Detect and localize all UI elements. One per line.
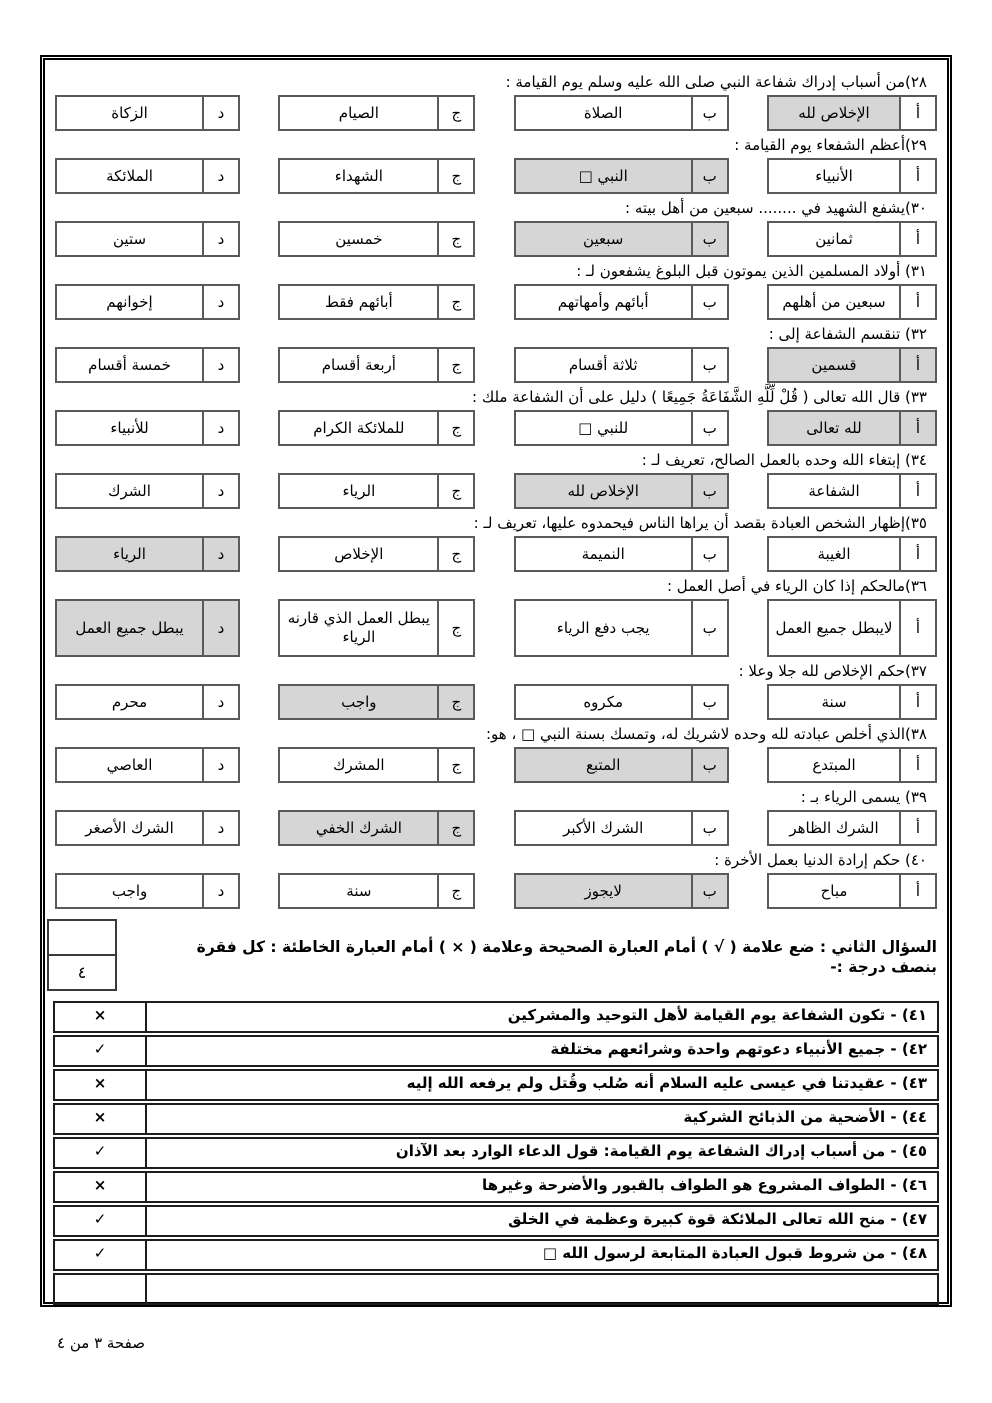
question-٣٩-text: ٣٩) يسمى الرياء بـ : [53,787,939,808]
option-text: للأنبياء [57,412,202,444]
mcq-section: ٢٨)من أسباب إدراك شفاعة النبي صلى الله ع… [53,72,939,909]
check-icon: ✓ [55,1037,147,1065]
q٣٣-option-ب: بللنبي □ [514,410,729,446]
q٣٧-option-د: دمحرم [55,684,240,720]
option-text-correct: النبي □ [516,160,691,192]
option-text-correct: المتبع [516,749,691,781]
option-text: الإخلاص [280,538,437,570]
option-letter-cell: ج [437,160,473,192]
option-text: الشرك [57,475,202,507]
option-text: يبطل العمل الذي قارنه الرياء [280,601,437,655]
option-letter-cell: ب [691,875,727,907]
page-number: صفحة ٣ من ٤ [57,1334,145,1352]
question-٣٨-options: أالمبتدعبالمتبعجالمشركدالعاصي [55,747,937,783]
question-٣٢-options: أقسمينبثلاثة أقسامجأربعة أقسامدخمسة أقسا… [55,347,937,383]
q٣٠-option-ج: جخمسين [278,221,475,257]
option-letter-cell: د [202,286,238,318]
option-letter-cell: ب [691,412,727,444]
option-text: المشرك [280,749,437,781]
option-letter-cell: د [202,686,238,718]
option-text-correct: الرياء [57,538,202,570]
q٢٩-option-ب: بالنبي □ [514,158,729,194]
q٣٨-option-ب: بالمتبع [514,747,729,783]
option-text: سنة [769,686,899,718]
option-letter-cell: د [202,160,238,192]
true-false-table: ٤١) - تكون الشفاعة يوم القيامة لأهل التو… [53,1001,939,1305]
option-text: محرم [57,686,202,718]
q٣٠-option-د: دستين [55,221,240,257]
tf-row-٤٢: ٤٢) - جميع الأنبياء دعوتهم واحدة وشرائعه… [53,1035,939,1067]
question-block-٣٦: ٣٦)مالحكم إذا كان الرياء في أصل العمل :أ… [53,576,939,657]
q٣١-option-أ: أسبعين من أهلهم [767,284,937,320]
option-letter-cell: أ [899,223,935,255]
q٣٥-option-د: دالرياء [55,536,240,572]
option-letter-cell: ج [437,538,473,570]
option-text: واجب [57,875,202,907]
option-letter-cell: ب [691,812,727,844]
option-letter-cell: أ [899,286,935,318]
question-block-٣٢: ٣٢) تنقسم الشفاعة إلى :أقسمينبثلاثة أقسا… [53,324,939,383]
option-text-correct: قسمين [769,349,899,381]
tf-statement: ٤٢) - جميع الأنبياء دعوتهم واحدة وشرائعه… [147,1037,937,1065]
option-letter-cell: أ [899,412,935,444]
option-text-correct: الإخلاص لله [769,97,899,129]
tf-statement: ٤٧) - منح الله تعالى الملائكة قوة كبيرة … [147,1207,937,1235]
option-letter-cell: أ [899,349,935,381]
question-٣١-text: ٣١) أولاد المسلمين الذين يموتون قبل البل… [53,261,939,282]
q٤٠-option-ج: جسنة [278,873,475,909]
question-٣٢-text: ٣٢) تنقسم الشفاعة إلى : [53,324,939,345]
option-letter-cell: ب [691,475,727,507]
question-block-٣٩: ٣٩) يسمى الرياء بـ :أالشرك الظاهربالشرك … [53,787,939,846]
option-letter-cell: أ [899,475,935,507]
question-٣٧-text: ٣٧)حكم الإخلاص لله جلا وعلا : [53,661,939,682]
option-text: الصلاة [516,97,691,129]
option-letter-cell: ب [691,223,727,255]
option-letter-cell: ب [691,601,727,655]
option-letter-cell: د [202,601,238,655]
option-text: الملائكة [57,160,202,192]
option-letter-cell: د [202,475,238,507]
option-letter-cell: أ [899,812,935,844]
option-letter-cell: د [202,538,238,570]
question-block-٣٠: ٣٠)يشفع الشهيد في ........ سبعين من أهل … [53,198,939,257]
tf-statement [147,1275,937,1303]
tf-row-٤٤: ٤٤) - الأضحية من الذبائح الشركية× [53,1103,939,1135]
question-block-٢٨: ٢٨)من أسباب إدراك شفاعة النبي صلى الله ع… [53,72,939,131]
q٣١-option-ب: بأبائهم وأمهاتهم [514,284,729,320]
option-text: الشهداء [280,160,437,192]
question-٣٣-text: ٣٣) قال الله تعالى ( قُلْ لِّلَّهِ الشَّ… [53,387,939,408]
q٣٤-option-ج: جالرياء [278,473,475,509]
q٣٠-option-أ: أثمانين [767,221,937,257]
q٣٢-option-أ: أقسمين [767,347,937,383]
option-letter-cell: أ [899,875,935,907]
option-letter-cell: د [202,875,238,907]
question-٣٨-text: ٣٨)الذي أخلص عبادته لله وحده لاشريك له، … [53,724,939,745]
q٣٩-option-د: دالشرك الأصغر [55,810,240,846]
option-text: ثلاثة أقسام [516,349,691,381]
q٣٧-option-ب: بمكروه [514,684,729,720]
option-text-correct: لله تعالى [769,412,899,444]
option-text: الشرك الأصغر [57,812,202,844]
q٣٨-option-أ: أالمبتدع [767,747,937,783]
q٣١-option-ج: جأبائهم فقط [278,284,475,320]
option-text: أربعة أقسام [280,349,437,381]
q٢٩-option-د: دالملائكة [55,158,240,194]
question-block-٣٧: ٣٧)حكم الإخلاص لله جلا وعلا :أسنةبمكروهج… [53,661,939,720]
question-٣٠-options: أثمانينبسبعينجخمسيندستين [55,221,937,257]
option-text: أبائهم وأمهاتهم [516,286,691,318]
option-letter-cell: ب [691,686,727,718]
option-letter-cell: ج [437,812,473,844]
option-text-correct: يبطل جميع العمل [57,601,202,655]
exam-page: { "page": { "footer": "صفحة ٣ من ٤" }, "… [0,0,992,1403]
option-letter-cell: ج [437,412,473,444]
section2-title: السؤال الثاني : ضع علامة ( √ ) أمام العب… [53,937,939,977]
question-block-٣٨: ٣٨)الذي أخلص عبادته لله وحده لاشريك له، … [53,724,939,783]
question-block-٢٩: ٢٩)أعظم الشفعاء يوم القيامة :أالأنبياءبا… [53,135,939,194]
score-box-empty-cell [49,921,115,954]
check-icon: ✓ [55,1207,147,1235]
option-letter-cell: ج [437,875,473,907]
q٣٤-option-ب: بالإخلاص لله [514,473,729,509]
q٣٩-option-ب: بالشرك الأكبر [514,810,729,846]
option-text: الأنبياء [769,160,899,192]
x-mark-icon: × [55,1003,147,1031]
check-icon: ✓ [55,1241,147,1269]
option-text: للملائكة الكرام [280,412,437,444]
q٣٠-option-ب: بسبعين [514,221,729,257]
option-text: إخوانهم [57,286,202,318]
option-letter-cell: أ [899,686,935,718]
option-letter-cell: ب [691,97,727,129]
x-mark-icon: × [55,1071,147,1099]
q٤٠-option-أ: أمباح [767,873,937,909]
tf-statement: ٤٥) - من أسباب إدراك الشفاعة يوم القيامة… [147,1139,937,1167]
tf-row-٤٨: ٤٨) - من شروط قبول العبادة المتابعة لرسو… [53,1239,939,1271]
option-text-correct: الإخلاص لله [516,475,691,507]
q٣٦-option-أ: ألايبطل جميع العمل [767,599,937,657]
option-text-correct: واجب [280,686,437,718]
question-block-٤٠: ٤٠) حكم إرادة الدنيا بعمل الأخرة :أمباحب… [53,850,939,909]
question-٣٤-options: أالشفاعةبالإخلاص للهجالرياءدالشرك [55,473,937,509]
q٣١-option-د: دإخوانهم [55,284,240,320]
q٣٤-option-د: دالشرك [55,473,240,509]
question-٣٦-options: ألايبطل جميع العملبيجب دفع الرياءجيبطل ا… [55,599,937,657]
q٤٠-option-د: دواجب [55,873,240,909]
option-letter-cell: د [202,812,238,844]
q٣٢-option-ج: جأربعة أقسام [278,347,475,383]
option-text: خمسين [280,223,437,255]
q٣٧-option-ج: جواجب [278,684,475,720]
q٣٥-option-ج: جالإخلاص [278,536,475,572]
question-block-٣٤: ٣٤) إبتغاء الله وحده بالعمل الصالح، تعري… [53,450,939,509]
q٣٨-option-ج: جالمشرك [278,747,475,783]
question-٢٨-text: ٢٨)من أسباب إدراك شفاعة النبي صلى الله ع… [53,72,939,93]
question-٣٩-options: أالشرك الظاهربالشرك الأكبرجالشرك الخفيدا… [55,810,937,846]
option-letter-cell: ب [691,349,727,381]
option-letter-cell: أ [899,601,935,655]
q٣٦-option-د: ديبطل جميع العمل [55,599,240,657]
q٢٨-option-أ: أالإخلاص لله [767,95,937,131]
tf-row-٤٧: ٤٧) - منح الله تعالى الملائكة قوة كبيرة … [53,1205,939,1237]
option-text: الشرك الظاهر [769,812,899,844]
question-٣٧-options: أسنةبمكروهجواجبدمحرم [55,684,937,720]
option-text: العاصي [57,749,202,781]
option-letter-cell: ب [691,286,727,318]
check-icon: ✓ [55,1139,147,1167]
question-block-٣٥: ٣٥)إظهار الشخص العبادة بقصد أن يراها الن… [53,513,939,572]
tf-row-٤٥: ٤٥) - من أسباب إدراك الشفاعة يوم القيامة… [53,1137,939,1169]
q٣٩-option-أ: أالشرك الظاهر [767,810,937,846]
tf-statement: ٤١) - تكون الشفاعة يوم القيامة لأهل التو… [147,1003,937,1031]
option-text: سنة [280,875,437,907]
option-text: يجب دفع الرياء [516,601,691,655]
score-box-value: ٤ [49,954,115,989]
q٣٤-option-أ: أالشفاعة [767,473,937,509]
option-letter-cell: ج [437,601,473,655]
option-text: الصيام [280,97,437,129]
option-letter-cell: ج [437,223,473,255]
question-block-٣٣: ٣٣) قال الله تعالى ( قُلْ لِّلَّهِ الشَّ… [53,387,939,446]
q٤٠-option-ب: بلايجوز [514,873,729,909]
q٣٣-option-أ: ألله تعالى [767,410,937,446]
q٣٩-option-ج: جالشرك الخفي [278,810,475,846]
q٣٦-option-ب: بيجب دفع الرياء [514,599,729,657]
option-text: خمسة أقسام [57,349,202,381]
question-٣٤-text: ٣٤) إبتغاء الله وحده بالعمل الصالح، تعري… [53,450,939,471]
option-letter-cell: ج [437,749,473,781]
option-letter-cell: ب [691,749,727,781]
q٣٢-option-ب: بثلاثة أقسام [514,347,729,383]
option-letter-cell: د [202,223,238,255]
option-letter-cell: ج [437,686,473,718]
option-text: ثمانين [769,223,899,255]
question-٣١-options: أسبعين من أهلهمبأبائهم وأمهاتهمجأبائهم ف… [55,284,937,320]
section2-header: ٤ السؤال الثاني : ضع علامة ( √ ) أمام ال… [53,913,939,1001]
question-٣٦-text: ٣٦)مالحكم إذا كان الرياء في أصل العمل : [53,576,939,597]
option-text: الشرك الأكبر [516,812,691,844]
option-text: الزكاة [57,97,202,129]
option-text: أبائهم فقط [280,286,437,318]
q٣٦-option-ج: جيبطل العمل الذي قارنه الرياء [278,599,475,657]
option-text: للنبي □ [516,412,691,444]
option-text-correct: لايجوز [516,875,691,907]
tf-statement: ٤٣) - عقيدتنا في عيسى عليه السلام أنه صُ… [147,1071,937,1099]
q٣٢-option-د: دخمسة أقسام [55,347,240,383]
option-letter-cell: ب [691,160,727,192]
option-text-correct: الشرك الخفي [280,812,437,844]
option-text: مكروه [516,686,691,718]
score-box: ٤ [47,919,117,991]
q٣٣-option-ج: جللملائكة الكرام [278,410,475,446]
option-text: النميمة [516,538,691,570]
question-٤٠-options: أمباحبلايجوزجسنةدواجب [55,873,937,909]
q٢٨-option-د: دالزكاة [55,95,240,131]
q٣٧-option-أ: أسنة [767,684,937,720]
q٣٨-option-د: دالعاصي [55,747,240,783]
option-letter-cell: أ [899,160,935,192]
question-٢٩-options: أالأنبياءبالنبي □جالشهداءدالملائكة [55,158,937,194]
tf-row-empty [53,1273,939,1305]
option-text: الشفاعة [769,475,899,507]
question-block-٣١: ٣١) أولاد المسلمين الذين يموتون قبل البل… [53,261,939,320]
option-text: لايبطل جميع العمل [769,601,899,655]
q٣٣-option-د: دللأنبياء [55,410,240,446]
q٢٨-option-ج: جالصيام [278,95,475,131]
question-٤٠-text: ٤٠) حكم إرادة الدنيا بعمل الأخرة : [53,850,939,871]
option-text: المبتدع [769,749,899,781]
option-letter-cell: د [202,749,238,781]
page-frame: ٢٨)من أسباب إدراك شفاعة النبي صلى الله ع… [40,55,952,1307]
option-letter-cell: د [202,349,238,381]
option-letter-cell: ج [437,97,473,129]
option-letter-cell: أ [899,538,935,570]
option-text: مباح [769,875,899,907]
option-letter-cell: أ [899,97,935,129]
tf-row-٤٣: ٤٣) - عقيدتنا في عيسى عليه السلام أنه صُ… [53,1069,939,1101]
option-text: الرياء [280,475,437,507]
x-mark-icon: × [55,1173,147,1201]
q٢٩-option-ج: جالشهداء [278,158,475,194]
option-letter-cell: ج [437,475,473,507]
tf-statement: ٤٤) - الأضحية من الذبائح الشركية [147,1105,937,1133]
option-text-correct: سبعين [516,223,691,255]
option-text: ستين [57,223,202,255]
tf-row-٤١: ٤١) - تكون الشفاعة يوم القيامة لأهل التو… [53,1001,939,1033]
option-letter-cell: أ [899,749,935,781]
tf-row-٤٦: ٤٦) - الطواف المشروع هو الطواف بالقبور و… [53,1171,939,1203]
option-letter-cell: ج [437,349,473,381]
x-mark-icon: × [55,1105,147,1133]
empty-mark-cell [55,1275,147,1303]
option-text: الغيبة [769,538,899,570]
option-text: سبعين من أهلهم [769,286,899,318]
q٣٥-option-أ: أالغيبة [767,536,937,572]
option-letter-cell: د [202,412,238,444]
question-٣٥-text: ٣٥)إظهار الشخص العبادة بقصد أن يراها الن… [53,513,939,534]
q٢٨-option-ب: بالصلاة [514,95,729,131]
question-٢٩-text: ٢٩)أعظم الشفعاء يوم القيامة : [53,135,939,156]
question-٢٨-options: أالإخلاص للهبالصلاةجالصيامدالزكاة [55,95,937,131]
option-letter-cell: ج [437,286,473,318]
tf-statement: ٤٦) - الطواف المشروع هو الطواف بالقبور و… [147,1173,937,1201]
question-٣٣-options: ألله تعالىبللنبي □جللملائكة الكرامدللأنب… [55,410,937,446]
option-letter-cell: د [202,97,238,129]
q٣٥-option-ب: بالنميمة [514,536,729,572]
question-٣٥-options: أالغيبةبالنميمةجالإخلاصدالرياء [55,536,937,572]
question-٣٠-text: ٣٠)يشفع الشهيد في ........ سبعين من أهل … [53,198,939,219]
tf-statement: ٤٨) - من شروط قبول العبادة المتابعة لرسو… [147,1241,937,1269]
option-letter-cell: ب [691,538,727,570]
q٢٩-option-أ: أالأنبياء [767,158,937,194]
